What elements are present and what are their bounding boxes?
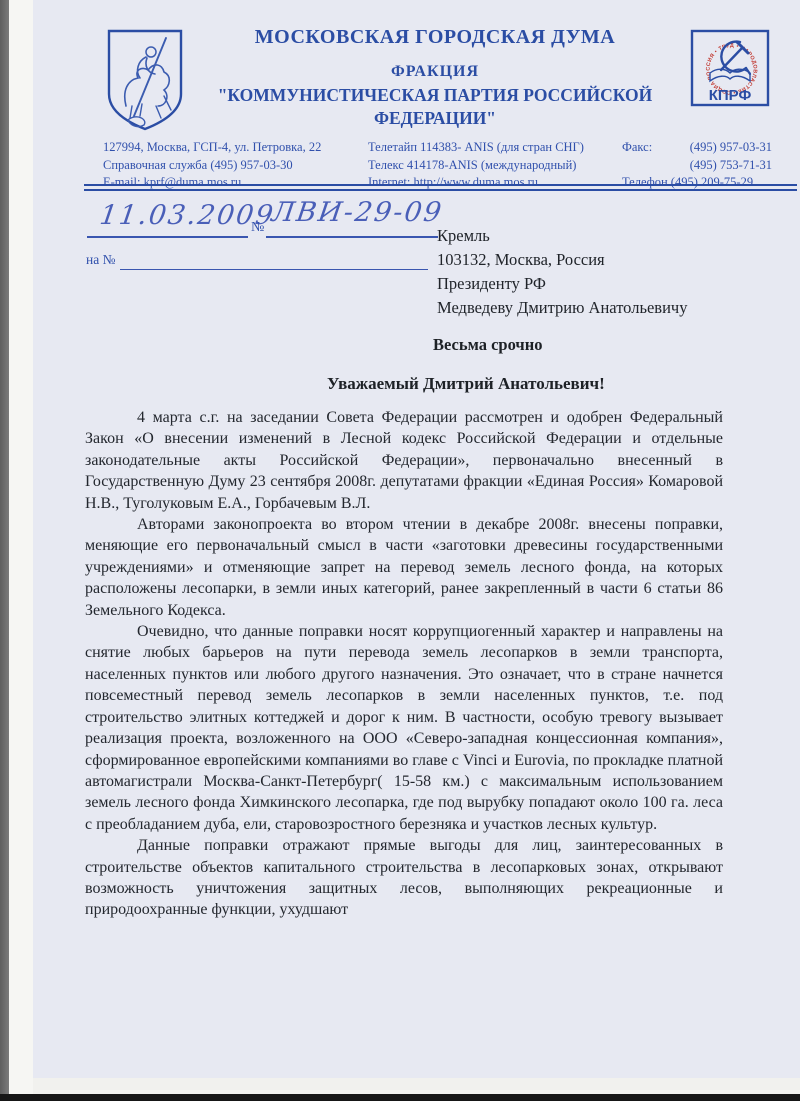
contact-info-service: Справочная служба (495) 957-03-30 [103, 157, 368, 175]
kprf-logo-label: КПРФ [709, 87, 752, 104]
fax-number-1: (495) 957-03-31 [690, 139, 772, 157]
body-paragraph-1: 4 марта с.г. на заседании Совета Федерац… [85, 407, 723, 514]
fax-label: Факс: [622, 139, 652, 157]
recipient-line-place: Кремль [437, 224, 687, 248]
date-underline [87, 236, 248, 238]
scanned-letter-page: РОССИЯ • ТРУД • НАРОДОВЛАСТИЕ • СОЦИАЛИЗ… [0, 0, 800, 1101]
contact-postal-address: 127994, Москва, ГСП-4, ул. Петровка, 22 [103, 139, 368, 157]
salutation: Уважаемый Дмитрий Анатольевич! [327, 374, 605, 394]
body-paragraph-4: Данные поправки отражают прямые выгоды д… [85, 835, 723, 921]
outgoing-number-handwritten: ЛВИ-29-09 [270, 197, 445, 228]
body-paragraph-3: Очевидно, что данные поправки носят корр… [85, 621, 723, 835]
paper-margin-bottom [33, 1078, 800, 1094]
paper-margin-left [9, 0, 33, 1101]
reply-to-label: на № [86, 252, 115, 268]
body-paragraph-2: Авторами законопроекта во втором чтении … [85, 514, 723, 621]
contact-telex: Телекс 414178-ANIS (международный) [368, 157, 620, 175]
number-sign: № [251, 220, 264, 236]
fraction-label: ФРАКЦИЯ [190, 63, 680, 81]
scan-edge-left [0, 0, 9, 1101]
svg-text:РОССИЯ • ТРУД • НАРОДОВЛАСТИЕ: РОССИЯ • ТРУД • НАРОДОВЛАСТИЕ • СОЦИАЛИЗ… [690, 29, 758, 95]
recipient-line-name: Медведеву Дмитрию Анатольевичу [437, 296, 687, 320]
letterhead-divider [84, 184, 797, 191]
recipient-line-title: Президенту РФ [437, 272, 687, 296]
moscow-crest-icon [104, 28, 186, 134]
contact-teletype: Телетайп 114383- ANIS (для стран СНГ) [368, 139, 620, 157]
scan-edge-bottom [0, 1094, 800, 1101]
number-underline [266, 236, 438, 238]
reply-underline [120, 269, 428, 270]
fax-number-2: (495) 753-71-31 [622, 157, 772, 175]
party-name-line1: "КОММУНИСТИЧЕСКАЯ ПАРТИЯ РОССИЙСКОЙ [190, 85, 680, 106]
outgoing-date-handwritten: 11.03.2009 [98, 200, 277, 231]
urgency-note: Весьма срочно [433, 335, 542, 355]
recipient-line-address: 103132, Москва, Россия [437, 248, 687, 272]
letter-body: 4 марта с.г. на заседании Совета Федерац… [85, 407, 723, 921]
kprf-logo-icon: РОССИЯ • ТРУД • НАРОДОВЛАСТИЕ • СОЦИАЛИЗ… [690, 29, 770, 107]
recipient-block: Кремль 103132, Москва, Россия Президенту… [437, 224, 687, 320]
org-title: МОСКОВСКАЯ ГОРОДСКАЯ ДУМА [190, 26, 680, 49]
kprf-ring-text: РОССИЯ • ТРУД • НАРОДОВЛАСТИЕ • СОЦИАЛИЗ… [690, 29, 758, 95]
party-name-line2: ФЕДЕРАЦИИ" [190, 108, 680, 129]
